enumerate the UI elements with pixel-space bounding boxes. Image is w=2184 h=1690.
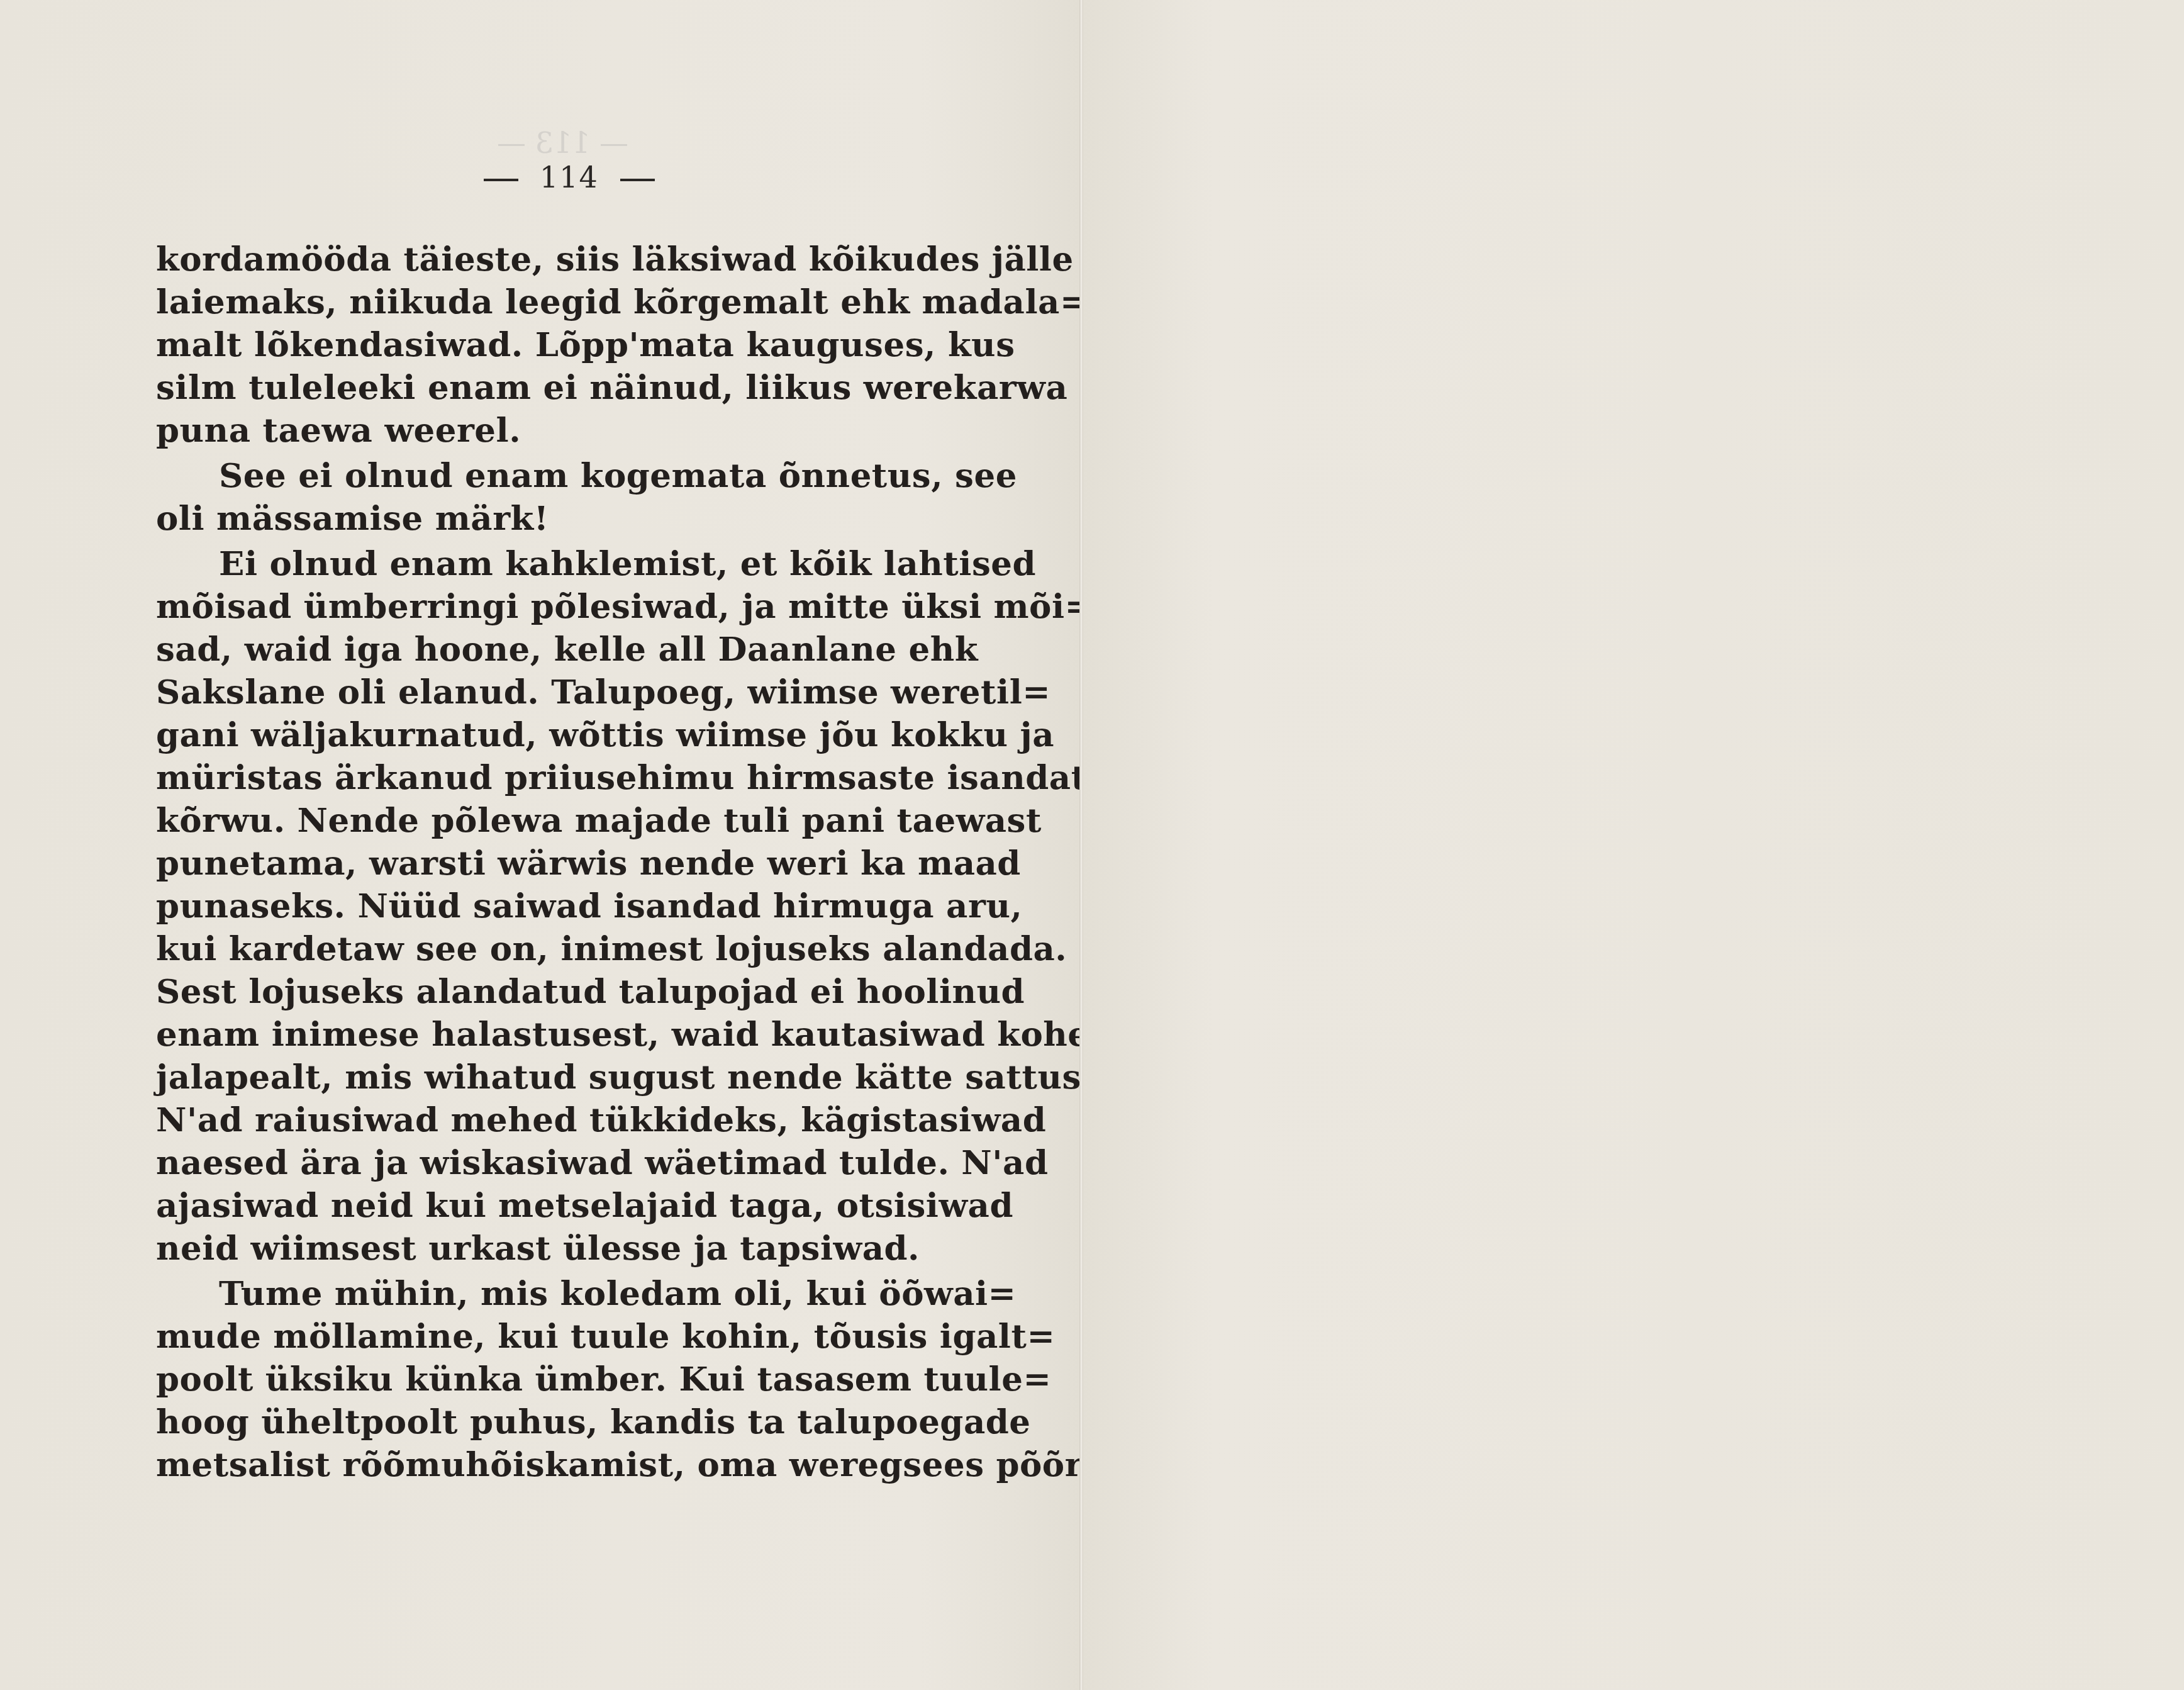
text-line: punetama, warsti wärwis nende weri ka ma…: [156, 842, 974, 885]
text-line: mõisad ümberringi põlesiwad, ja mitte ük…: [156, 585, 974, 628]
dash-decoration: [484, 179, 518, 181]
page-number-text: 114: [540, 160, 599, 194]
text-line: ajasiwad neid kui metselajaid taga, otsi…: [156, 1184, 974, 1227]
text-line: jalapealt, mis wihatud sugust nende kätt…: [156, 1056, 974, 1099]
page-number-left: 114: [462, 160, 676, 194]
bleed-through-page-number: — 113 —: [497, 126, 628, 160]
text-line: kordamööda täieste, siis läksiwad kõikud…: [156, 238, 974, 281]
right-page: 115 lewa ohwrite hoigamist, emade haleda…: [1082, 0, 2184, 1690]
text-line: Tume mühin, mis koledam oli, kui öõwai=: [156, 1272, 974, 1315]
text-line: sad, waid iga hoone, kelle all Daanlane …: [156, 628, 974, 671]
text-line: neid wiimsest urkast ülesse ja tapsiwad.: [156, 1227, 974, 1270]
text-line: hoog üheltpoolt puhus, kandis ta talupoe…: [156, 1401, 974, 1443]
text-line: See ei olnud enam kogemata õnnetus, see: [156, 454, 974, 497]
text-line: gani wäljakurnatud, wõttis wiimse jõu ko…: [156, 713, 974, 756]
left-page: — 113 — 114 kordamööda täieste, siis läk…: [0, 0, 1082, 1690]
text-line: poolt üksiku künka ümber. Kui tasasem tu…: [156, 1358, 974, 1401]
text-line: Ei olnud enam kahklemist, et kõik lahtis…: [156, 542, 974, 585]
text-line: mude möllamine, kui tuule kohin, tõusis …: [156, 1315, 974, 1358]
text-line: punaseks. Nüüd saiwad isandad hirmuga ar…: [156, 885, 974, 927]
text-line: naesed ära ja wiskasiwad wäetimad tulde.…: [156, 1141, 974, 1184]
text-line: kõrwu. Nende põlewa majade tuli pani tae…: [156, 799, 974, 842]
text-line: Sest lojuseks alandatud talupojad ei hoo…: [156, 970, 974, 1013]
text-line: enam inimese halastusest, waid kautasiwa…: [156, 1013, 974, 1056]
left-page-body-text: kordamööda täieste, siis läksiwad kõikud…: [156, 238, 974, 1486]
text-line: oli mässamise märk!: [156, 497, 974, 540]
text-line: laiemaks, niikuda leegid kõrgemalt ehk m…: [156, 281, 974, 323]
dash-decoration: [620, 179, 655, 181]
text-line: malt lõkendasiwad. Lõpp'mata kauguses, k…: [156, 323, 974, 366]
text-line: silm tuleleeki enam ei näinud, liikus we…: [156, 366, 974, 409]
text-line: Sakslane oli elanud. Talupoeg, wiimse we…: [156, 671, 974, 713]
book-gutter: [1079, 0, 1083, 1690]
text-line: metsalist rõõmuhõiskamist, oma weregsees…: [156, 1443, 974, 1486]
text-line: N'ad raiusiwad mehed tükkideks, kägistas…: [156, 1099, 974, 1141]
book-spread: — 113 — 114 kordamööda täieste, siis läk…: [0, 0, 2184, 1690]
text-line: kui kardetaw see on, inimest lojuseks al…: [156, 927, 974, 970]
text-line: müristas ärkanud priiusehimu hirmsaste i…: [156, 756, 974, 799]
text-line: puna taewa weerel.: [156, 409, 974, 452]
